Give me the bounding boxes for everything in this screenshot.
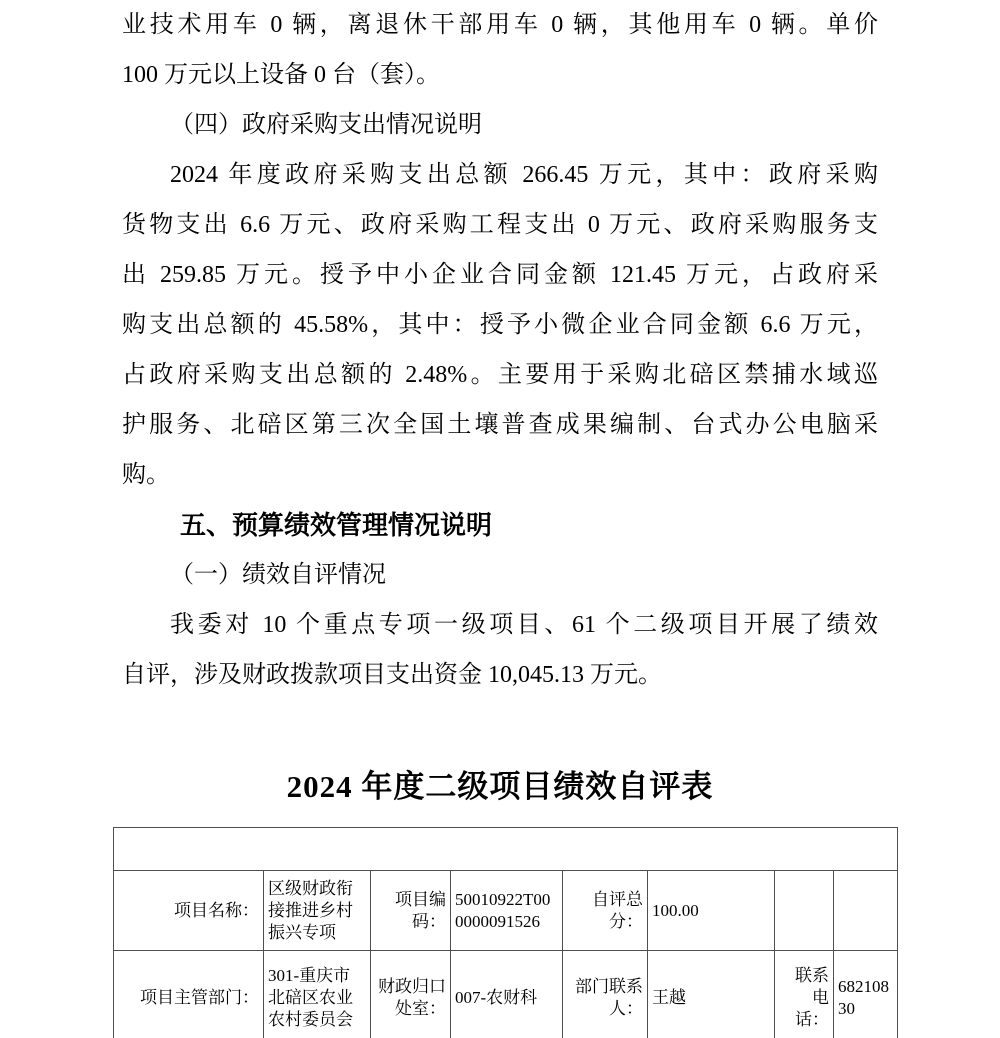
text-line: 我委对 10 个重点专项一级项目、61 个二级项目开展了绩效	[122, 600, 878, 650]
table-row: 项目名称：区级财政衔 接推进乡村 振兴专项项目编 码：50010922T00 0…	[114, 871, 898, 951]
table-row: 项目主管部门：301-重庆市 北碚区农业 农村委员会财政归口 处室：007-农财…	[114, 951, 898, 1038]
paragraph: 2024 年度政府采购支出总额 266.45 万元，其中：政府采购货物支出 6.…	[122, 150, 878, 500]
paragraph: （四）政府采购支出情况说明	[122, 100, 878, 150]
table-cell: 301-重庆市 北碚区农业 农村委员会	[264, 951, 371, 1038]
table-cell: 王越	[648, 951, 775, 1038]
table-cell: 项目主管部门：	[114, 951, 264, 1038]
table-cell: 007-农财科	[451, 951, 563, 1038]
paragraph: 我委对 10 个重点专项一级项目、61 个二级项目开展了绩效自评，涉及财政拨款项…	[122, 600, 878, 700]
table-cell	[775, 871, 834, 951]
text-line: 自评，涉及财政拨款项目支出资金 10,045.13 万元。	[122, 650, 878, 700]
table-cell: 682108 30	[834, 951, 898, 1038]
table-cell: 自评总 分：	[563, 871, 648, 951]
table-cell: 项目编 码：	[371, 871, 451, 951]
table-cell: 区级财政衔 接推进乡村 振兴专项	[264, 871, 371, 951]
table-cell: 100.00	[648, 871, 775, 951]
paragraph: （一）绩效自评情况	[122, 550, 878, 600]
table-body: 项目名称：区级财政衔 接推进乡村 振兴专项项目编 码：50010922T00 0…	[114, 828, 898, 1038]
document-page: 业技术用车 0 辆，离退休干部用车 0 辆，其他用车 0 辆。单价100 万元以…	[0, 0, 1000, 1038]
paragraph: 五、预算绩效管理情况说明	[122, 500, 878, 550]
text-line: 购支出总额的 45.58%，其中：授予小微企业合同金额 6.6 万元，	[122, 300, 878, 350]
table-cell	[834, 871, 898, 951]
table-cell: 项目名称：	[114, 871, 264, 951]
text-line: 五、预算绩效管理情况说明	[122, 500, 878, 550]
table-cell: 部门联系 人：	[563, 951, 648, 1038]
text-line: 购。	[122, 450, 878, 500]
text-line: 货物支出 6.6 万元、政府采购工程支出 0 万元、政府采购服务支	[122, 200, 878, 250]
paragraph: 业技术用车 0 辆，离退休干部用车 0 辆，其他用车 0 辆。单价100 万元以…	[122, 0, 878, 100]
text-line: 100 万元以上设备 0 台（套）。	[122, 50, 878, 100]
text-line: 出 259.85 万元。授予中小企业合同金额 121.45 万元，占政府采	[122, 250, 878, 300]
table-cell	[114, 828, 898, 871]
table-row	[114, 828, 898, 871]
text-line: 业技术用车 0 辆，离退休干部用车 0 辆，其他用车 0 辆。单价	[122, 0, 878, 50]
text-line: （四）政府采购支出情况说明	[122, 100, 878, 150]
text-line: 2024 年度政府采购支出总额 266.45 万元，其中：政府采购	[122, 150, 878, 200]
table-cell: 财政归口 处室：	[371, 951, 451, 1038]
text-line: 护服务、北碚区第三次全国土壤普查成果编制、台式办公电脑采	[122, 400, 878, 450]
table-title: 2024 年度二级项目绩效自评表	[122, 756, 878, 818]
table-cell: 50010922T00 0000091526	[451, 871, 563, 951]
table-cell: 联系 电 话：	[775, 951, 834, 1038]
performance-self-eval-table: 项目名称：区级财政衔 接推进乡村 振兴专项项目编 码：50010922T00 0…	[113, 827, 898, 1038]
text-line: 占政府采购支出总额的 2.48%。主要用于采购北碚区禁捕水域巡	[122, 350, 878, 400]
text-line: （一）绩效自评情况	[122, 550, 878, 600]
document-body: 业技术用车 0 辆，离退休干部用车 0 辆，其他用车 0 辆。单价100 万元以…	[122, 0, 878, 700]
